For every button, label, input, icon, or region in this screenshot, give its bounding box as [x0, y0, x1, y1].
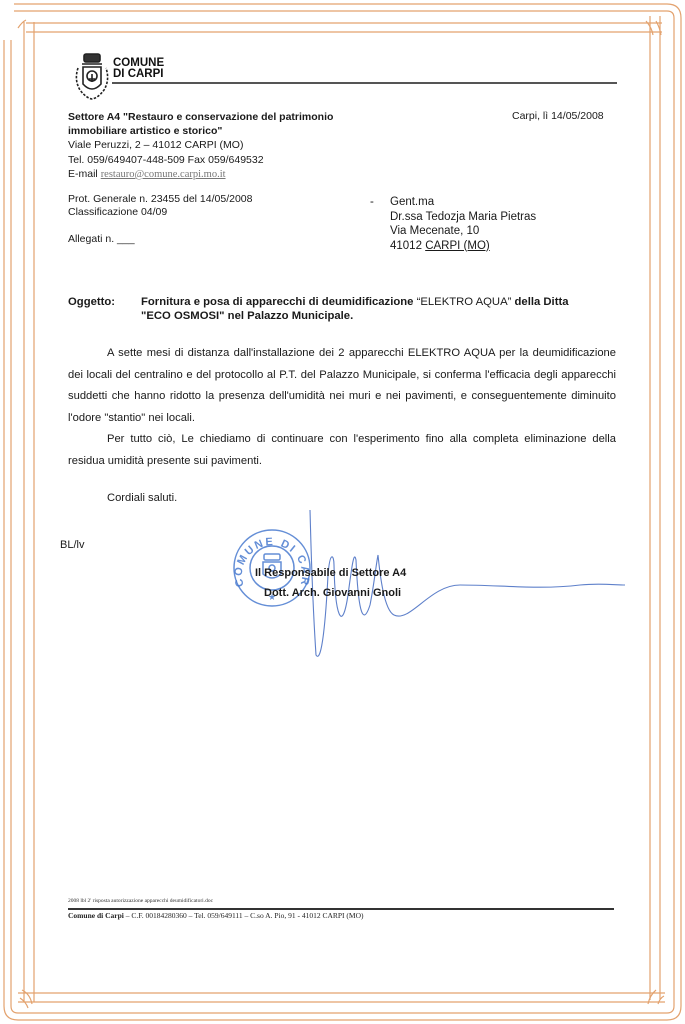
sender-block: Settore A4 "Restauro e conservazione del… [68, 110, 333, 182]
sender-email-row: E-mail restauro@comune.carpi.mo.it [68, 167, 333, 182]
document-filename: 2008 lbl 2' risposta autorizzazione appa… [68, 898, 213, 904]
classification: Classificazione 04/09 [68, 206, 252, 219]
crest-icon [72, 52, 112, 102]
recipient-city: CARPI (MO) [425, 240, 490, 252]
footer-org: Comune di Carpi [68, 911, 124, 920]
footer-details: – C.F. 00184280360 – Tel. 059/649111 – C… [124, 911, 364, 920]
header-rule [112, 82, 617, 84]
email-link[interactable]: restauro@comune.carpi.mo.it [101, 169, 226, 180]
footer-rule [68, 908, 614, 910]
protocol-block: Prot. Generale n. 23455 del 14/05/2008 C… [68, 193, 252, 219]
reference-initials: BL/lv [60, 539, 84, 551]
body-paragraph-1: A sette mesi di distanza dall'installazi… [68, 343, 616, 429]
subject-text-c: della Ditta [515, 296, 569, 308]
closing-greeting: Cordiali saluti. [107, 492, 177, 504]
recipient-salutation: Gent.ma [390, 195, 536, 210]
organization-name: COMUNE DI CARPI [113, 58, 164, 80]
sender-department: Settore A4 "Restauro e conservazione del… [68, 110, 333, 124]
subject-product: “ELEKTRO AQUA” [417, 296, 512, 308]
email-label: E-mail [68, 168, 98, 180]
subject-line-2: "ECO OSMOSI" nel Palazzo Municipale. [68, 309, 569, 323]
signatory-title: Il Responsabile di Settore A4 [255, 563, 406, 583]
signatory-block: Il Responsabile di Settore A4 Dott. Arch… [255, 563, 406, 603]
protocol-number: Prot. Generale n. 23455 del 14/05/2008 [68, 193, 252, 206]
recipient-city-row: 41012 CARPI (MO) [390, 239, 536, 254]
recipient-street: Via Mecenate, 10 [390, 224, 536, 239]
recipient-name: Dr.ssa Tedozja Maria Pietras [390, 210, 536, 225]
signatory-name: Dott. Arch. Giovanni Gnoli [255, 583, 406, 603]
subject-label: Oggetto: [68, 295, 141, 309]
letter-body: A sette mesi di distanza dall'installazi… [68, 343, 616, 473]
recipient-cap: 41012 [390, 240, 422, 252]
subject-text-a: Fornitura e posa di apparecchi di deumid… [141, 296, 413, 308]
attachments-count: Allegati n. ___ [68, 233, 135, 245]
recipient-dash: - [370, 195, 374, 210]
sender-phone: Tel. 059/649407-448-509 Fax 059/649532 [68, 153, 333, 167]
footer-info: Comune di Carpi – C.F. 00184280360 – Tel… [68, 911, 364, 920]
subject-block: Oggetto:Fornitura e posa di apparecchi d… [68, 295, 569, 323]
sender-department-cont: immobiliare artistico e storico" [68, 124, 333, 138]
body-paragraph-2: Per tutto ciò, Le chiediamo di continuar… [68, 429, 616, 472]
sender-address: Viale Peruzzi, 2 – 41012 CARPI (MO) [68, 138, 333, 152]
recipient-block: - Gent.ma Dr.ssa Tedozja Maria Pietras V… [370, 195, 536, 253]
letter-date: Carpi, lì 14/05/2008 [512, 110, 604, 122]
org-line-2: DI CARPI [113, 69, 164, 80]
